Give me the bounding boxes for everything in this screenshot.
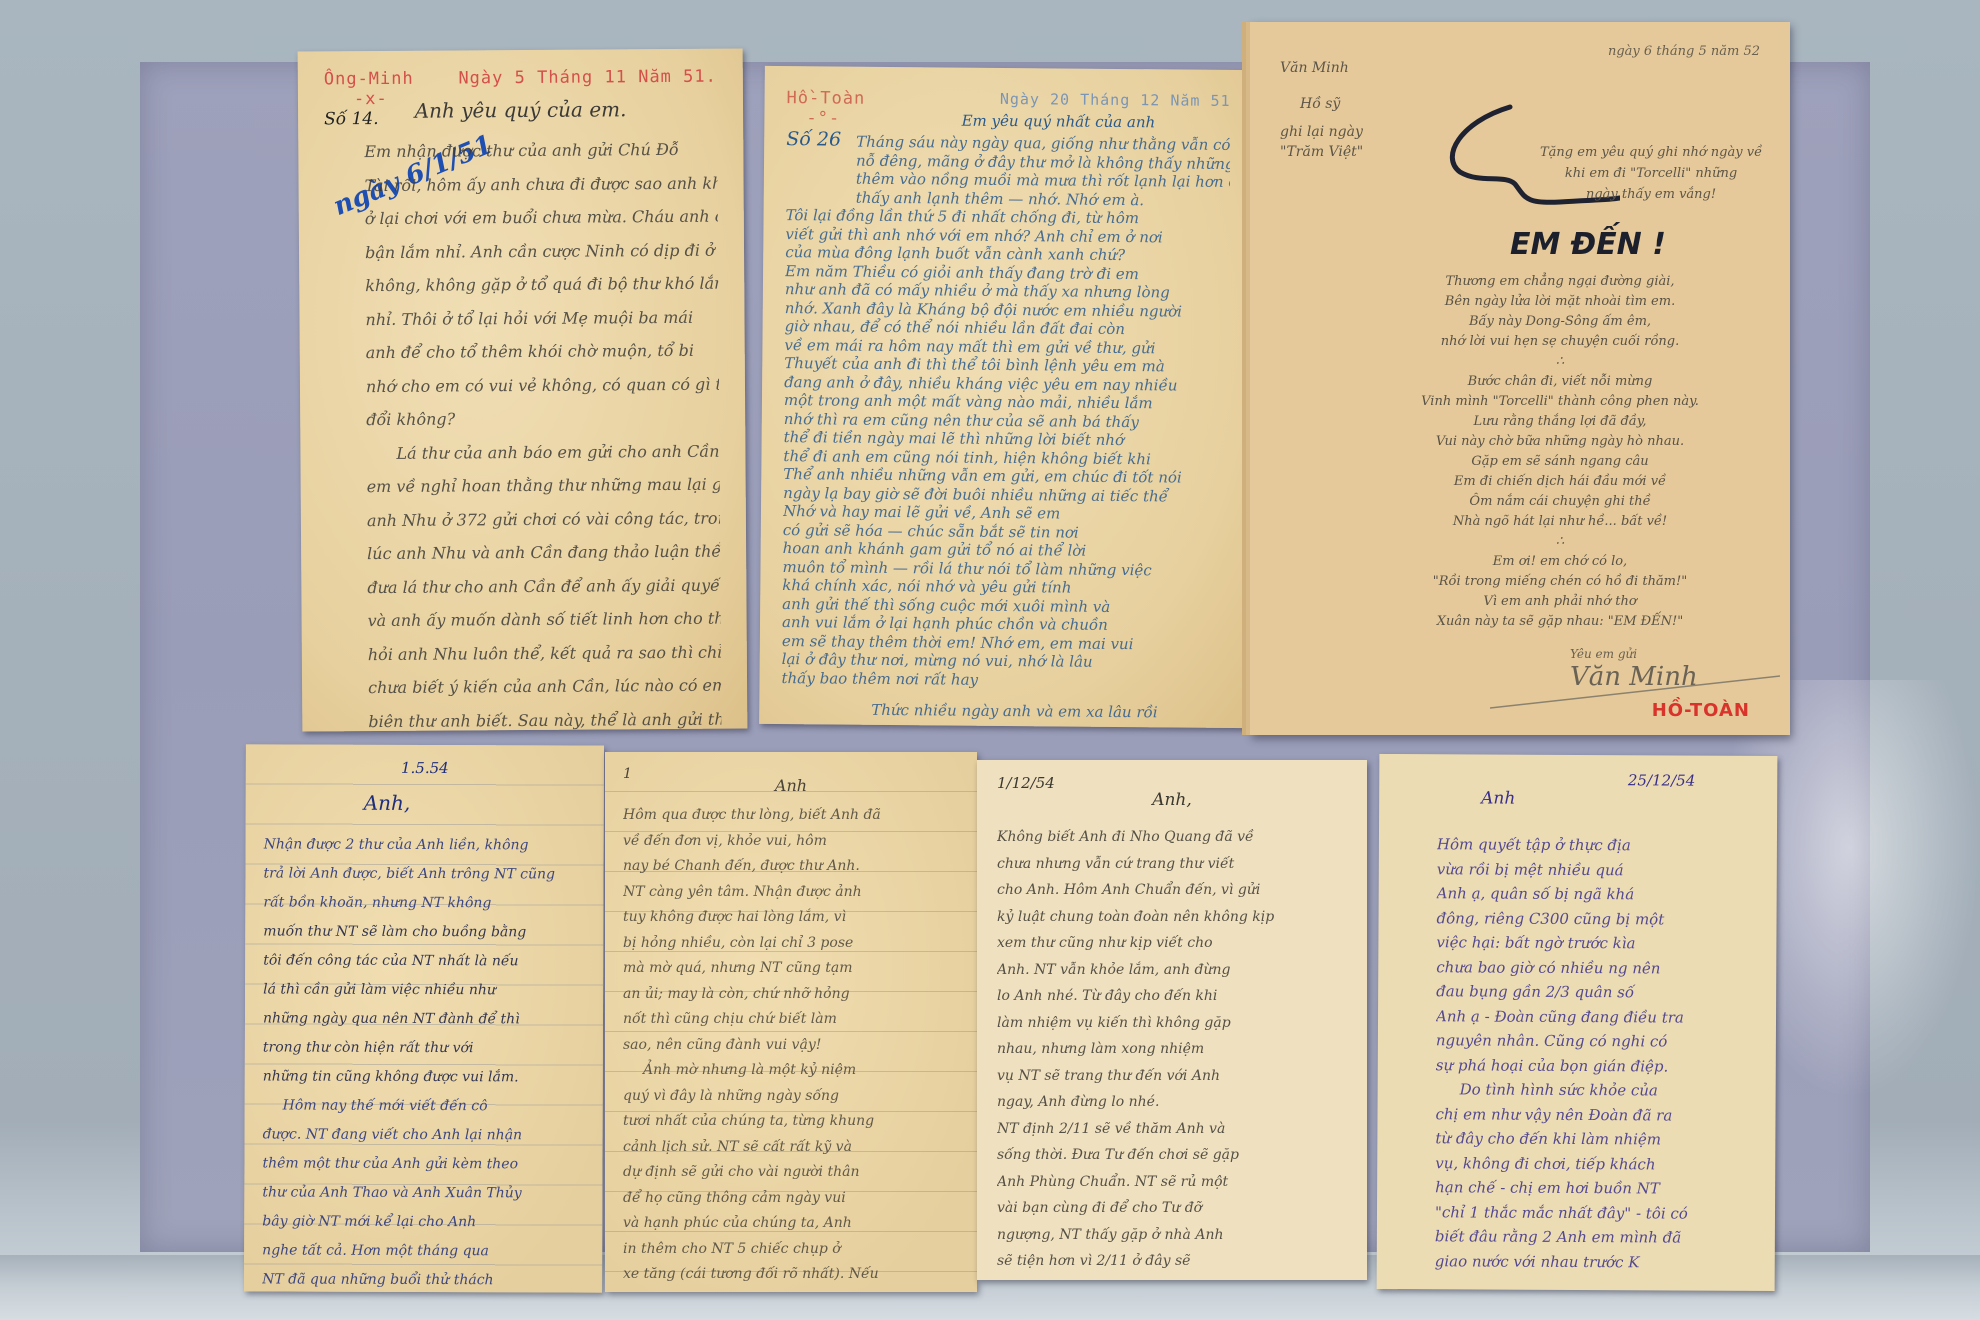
letter-line: Hôm qua được thư lòng, biết Anh đã xyxy=(623,803,959,829)
letter-line: làm nhiệm vụ kiến thì không gặp xyxy=(997,1010,1347,1037)
letter-line: để họ cũng thông cảm ngày vui xyxy=(623,1186,959,1212)
letter-line: nhau, nhưng làm xong nhiệm xyxy=(997,1036,1347,1063)
letter-line: nhớ cho em có vui vẻ không, có quan có g… xyxy=(366,367,719,403)
letter-line: và hạnh phúc của chúng ta, Anh xyxy=(623,1211,959,1237)
letter-line: sự phá hoại của bọn gián điệp. xyxy=(1436,1053,1754,1079)
letter-line: Anh Phùng Chuẩn. NT sẽ rủ một xyxy=(997,1169,1347,1196)
poem-line: Nhà ngõ hát lại như hề... bất về! xyxy=(1380,512,1740,532)
letter-line: NT càng yên tâm. Nhận được ảnh xyxy=(623,880,959,906)
letter-1-sender: Ông-Minh xyxy=(324,69,414,90)
letter-5-anh: 1 Anh Hôm qua được thư lòng, biết Anh đã… xyxy=(605,752,977,1292)
letter-line: an ủi; may là còn, chứ nhỡ hỏng xyxy=(623,982,959,1008)
poem-line: Ôm nắm cái chuyện ghi thề xyxy=(1380,492,1740,512)
letter-line: đổi không? xyxy=(366,401,719,437)
letter-line: bây giờ NT mới kể lại cho Anh xyxy=(262,1207,584,1237)
letter-line: Em nhận được thư của anh gửi Chú Đỗ xyxy=(364,133,717,169)
poem-line: Vì em anh phải nhớ thơ xyxy=(1380,592,1740,612)
letter-line: chưa nhưng vẫn cứ trang thư viết xyxy=(997,851,1347,878)
letter-line: thư của Anh Thao và Anh Xuân Thủy xyxy=(262,1178,584,1208)
letter-3-closing: Yêu em gửi xyxy=(1570,647,1637,661)
letter-1-sender-sub: -x- xyxy=(324,89,414,110)
poem-line: Vui này chờ bữa những ngày hò nhau. xyxy=(1380,432,1740,452)
letter-line: không, không gặp ở tổ quá đi bộ thư khó … xyxy=(365,267,718,303)
letter-line: sao, nên cũng đành vui vậy! xyxy=(623,1033,959,1059)
letter-line: đưa lá thư cho anh Cần để anh ấy giải qu… xyxy=(367,568,720,604)
letter-line: tươi nhất của chúng ta, từng khung xyxy=(623,1109,959,1135)
letter-line: vụ NT sẽ trang thư đến với Anh xyxy=(997,1063,1347,1090)
letter-6-greeting: Anh, xyxy=(997,790,1347,810)
letter-line: sẽ tiện hơn vì 2/11 ở đây sẽ xyxy=(997,1248,1347,1275)
letter-2-ho-toan: Hồ-Toàn -°- Số 26 Ngày 20 Tháng 12 Năm 5… xyxy=(759,66,1253,728)
letter-line: vừa rồi bị mệt nhiều quá xyxy=(1437,857,1755,883)
letter-line: việc hại: bất ngờ trước kìa xyxy=(1436,930,1754,956)
dedication-line: ngày thấy em vắng! xyxy=(1540,184,1762,205)
letter-line: Hôm quyết tập ở thực địa xyxy=(1437,832,1755,858)
letter-line: lá thì cần gửi làm việc nhiều như xyxy=(263,975,585,1005)
letter-line: kỷ luật chung toàn đoàn nên không kịp xyxy=(997,904,1347,931)
letter-line: chưa bao giờ có nhiều ng nên xyxy=(1436,955,1754,981)
letter-7-25-12-54: 25/12/54 Anh Hôm quyết tập ở thực địa vừ… xyxy=(1377,754,1778,1291)
letter-line: tuy không được hai lòng lắm, vì xyxy=(623,905,959,931)
poem-line: "Rồi trong miếng chén có hồ đi thăm!" xyxy=(1380,572,1740,592)
letter-4-1-5-54: 1.5.54 Anh, Nhận được 2 thư của Anh liền… xyxy=(244,744,604,1292)
poem-line: ∴ xyxy=(1380,532,1740,552)
letter-line: NT định 2/11 sẽ về thăm Anh và xyxy=(997,1116,1347,1143)
letter-line: NT đã qua những buổi thử thách xyxy=(262,1265,584,1292)
letter-1-number: Số 14. xyxy=(324,109,414,130)
letter-line: anh Nhu ở 372 gửi chơi có vài công tác, … xyxy=(367,501,720,537)
letter-line: mà mờ quá, nhưng NT cũng tạm xyxy=(623,956,959,982)
letter-1-ong-minh: Ông-Minh -x- Số 14. Ngày 5 Tháng 11 Năm … xyxy=(298,48,748,731)
poem-line: Bấy này Dong-Sông ấm êm, xyxy=(1380,312,1740,332)
poem-line: Thương em chẳng ngại đường giài, xyxy=(1380,272,1740,292)
letter-line: "chỉ 1 thắc mắc nhất đây" - tôi có xyxy=(1435,1200,1753,1226)
letter-line: lúc anh Nhu và anh Cần đang thảo luận th… xyxy=(367,535,720,571)
letter-line: dự định sẽ gửi cho vài người thân xyxy=(623,1160,959,1186)
letter-line: đông, riêng C300 cũng bị một xyxy=(1436,906,1754,932)
letter-line: thêm một thư của Anh gửi kèm theo xyxy=(262,1149,584,1179)
letter-line: nhỉ. Thôi ở tổ lại hỏi với Mẹ muội ba má… xyxy=(365,300,718,336)
letter-line: xem thư cũng như kịp viết cho xyxy=(997,930,1347,957)
letter-line: được. NT đang viết cho Anh lại nhận xyxy=(263,1120,585,1150)
poem-line: Gặp em sẽ sánh ngang câu xyxy=(1380,452,1740,472)
poem-line: Bước chân đi, viết nỗi mừng xyxy=(1380,372,1740,392)
letter-line: và anh ấy muốn dành số tiết linh hơn cho… xyxy=(367,602,720,638)
letter-line: Anh ạ - Đoàn cũng đang điều tra xyxy=(1436,1004,1754,1030)
letter-line: Tài rồi, hôm ấy anh chưa đi được sao anh… xyxy=(364,166,717,202)
letter-line: nghe tất cả. Hơn một tháng qua xyxy=(262,1236,584,1266)
letter-line: Hôm nay thế mới viết đến cô xyxy=(263,1091,585,1121)
letter-3-em-den-poem: Văn Minh Hồ sỹ ghi lại ngày "Trăm Việt" … xyxy=(1250,22,1790,735)
letter-line: giao nước với nhau trước K xyxy=(1435,1249,1753,1275)
poem-line: Xuân này ta sẽ gặp nhau: "EM ĐẾN!" xyxy=(1380,612,1740,632)
letter-line: lo Anh nhé. Từ đây cho đến khi xyxy=(997,983,1347,1010)
letter-line: biên thư anh biết. Sau này, thể là anh g… xyxy=(368,702,721,731)
letter-line: những ngày qua nên NT đành để thì xyxy=(263,1004,585,1034)
letter-3-sender: Văn Minh xyxy=(1280,50,1390,86)
poem-line: nhớ lời vui hẹn sẹ chuyện cuối rồng. xyxy=(1380,332,1740,352)
poem-line: Bên ngày lửa lời mặt nhoài tìm em. xyxy=(1380,292,1740,312)
letter-line: thấy bao thêm nơi rất hay xyxy=(781,669,1225,691)
letter-line: Nhận được 2 thư của Anh liền, không xyxy=(264,830,586,860)
letter-line: em về nghỉ hoan thằng thư những mau lại … xyxy=(367,468,720,504)
letter-5-greeting: Anh xyxy=(623,776,959,795)
letter-line: cho Anh. Hôm Anh Chuẩn đến, vì gửi xyxy=(997,877,1347,904)
letter-line: hỏi anh Nhu luôn thể, kết quả ra sao thì… xyxy=(368,635,721,671)
letter-7-greeting: Anh xyxy=(1401,788,1755,810)
letter-line: Do tình hình sức khỏe của xyxy=(1436,1077,1754,1103)
letter-line: cảnh lịch sử. NT sẽ cất rất kỹ và xyxy=(623,1135,959,1161)
letter-line: Anh ạ, quân số bị ngã khá xyxy=(1437,881,1755,907)
letter-2-sender: Hồ-Toàn xyxy=(787,88,866,109)
letter-line: anh để cho tổ thêm khói chờ muộn, tổ bi xyxy=(366,334,719,370)
poem-line: ∴ xyxy=(1380,352,1740,372)
letter-3-stamp: HỒ-TOÀN xyxy=(1652,700,1750,721)
letter-line: đau bụng gần 2/3 quân số xyxy=(1436,979,1754,1005)
poem-line: Lưu rằng thắng lợi đã đầy, xyxy=(1380,412,1740,432)
letter-6-1-12-54: 1/12/54 Anh, Không biết Anh đi Nho Quang… xyxy=(977,760,1367,1280)
letter-line: biết đâu rằng 2 Anh em mình đã xyxy=(1435,1224,1753,1250)
letter-4-date: 1.5.54 xyxy=(264,758,586,777)
letter-line: Ảnh mờ nhưng là một kỷ niệm xyxy=(623,1058,959,1084)
letter-line: vài bạn cùng đi để cho Tư đỡ xyxy=(997,1195,1347,1222)
dedication-line: khi em đi "Torcelli" những xyxy=(1540,163,1762,184)
letter-line: sống thời. Đưa Tư đến chơi sẽ gặp xyxy=(997,1142,1347,1169)
letter-line: ở lại chơi với em buổi chưa mừa. Cháu an… xyxy=(365,200,718,236)
letter-line: vụ, không đi chơi, tiếp khách xyxy=(1435,1151,1753,1177)
dedication-line: Tặng em yêu quý ghi nhớ ngày về xyxy=(1540,142,1762,163)
letter-line: muốn thư NT sẽ làm cho buồng bằng xyxy=(263,917,585,947)
letter-3-sender-sub: Hồ sỹ xyxy=(1280,86,1390,122)
letter-3-date: ngày 6 tháng 5 năm 52 xyxy=(1608,44,1760,59)
letter-line: in thêm cho NT 5 chiếc chụp ở xyxy=(623,1237,959,1263)
letter-3-note: ghi lại ngày "Trăm Việt" xyxy=(1280,122,1390,162)
letter-2-closing: Thức nhiều ngày anh và em xa lâu rồi xyxy=(781,693,1225,728)
poem-line: Vinh mình "Torcelli" thành công phen này… xyxy=(1380,392,1740,412)
letter-line: những tin cũng không được vui lắm. xyxy=(263,1062,585,1092)
letter-line: nốt thì cũng chịu chứ biết làm xyxy=(623,1007,959,1033)
letter-line: bị hỏng nhiều, còn lại chỉ 3 pose xyxy=(623,931,959,957)
letter-3-title: EM ĐẾN ! xyxy=(1510,227,1666,262)
letter-line: trả lời Anh được, biết Anh trông NT cũng xyxy=(263,859,585,889)
letter-2-number: Số 26 xyxy=(786,128,865,151)
letter-line: Lá thư của anh báo em gửi cho anh Cần xyxy=(366,434,719,470)
letter-2-sender-sub: -°- xyxy=(786,108,865,129)
poem-line: Em đi chiến dịch hái đầu mới về xyxy=(1380,472,1740,492)
letter-line: ngượng, NT thấy gặp ở nhà Anh xyxy=(997,1222,1347,1249)
letter-line: chị em như vậy nên Đoàn đã ra xyxy=(1435,1102,1753,1128)
letter-line: nguyên nhân. Cũng có nghi có xyxy=(1436,1028,1754,1054)
letter-line: xe tăng (cái tương đối rõ nhất). Nếu xyxy=(623,1262,959,1288)
letter-line: Không biết Anh đi Nho Quang đã về xyxy=(997,824,1347,851)
letter-line: quý vì đây là những ngày sống xyxy=(623,1084,959,1110)
letter-line: hạn chế - chị em hơi buồn NT xyxy=(1435,1175,1753,1201)
letter-line: về đến đơn vị, khỏe vui, hôm xyxy=(623,829,959,855)
letter-line: trong thư còn hiện rất thư với xyxy=(263,1033,585,1063)
letter-line: ngay, Anh đừng lo nhé. xyxy=(997,1089,1347,1116)
letter-line: nay bé Chanh đến, được thư Anh. xyxy=(623,854,959,880)
letter-line: tôi đến công tác của NT nhất là nếu xyxy=(263,946,585,976)
letter-line: Anh. NT vẫn khỏe lắm, anh đừng xyxy=(997,957,1347,984)
letter-line: rất bồn khoăn, nhưng NT không xyxy=(263,888,585,918)
letter-line: bận lắm nhỉ. Anh cần cược Ninh có dịp đi… xyxy=(365,233,718,269)
letter-7-date: 25/12/54 xyxy=(1401,770,1755,790)
letter-4-greeting: Anh, xyxy=(264,790,586,815)
poem-line: Em ơi! em chớ có lo, xyxy=(1380,552,1740,572)
letter-line: từ đây cho đến khi làm nhiệm xyxy=(1435,1126,1753,1152)
letter-line: chưa biết ý kiến của anh Cần, lúc nào có… xyxy=(368,669,721,705)
